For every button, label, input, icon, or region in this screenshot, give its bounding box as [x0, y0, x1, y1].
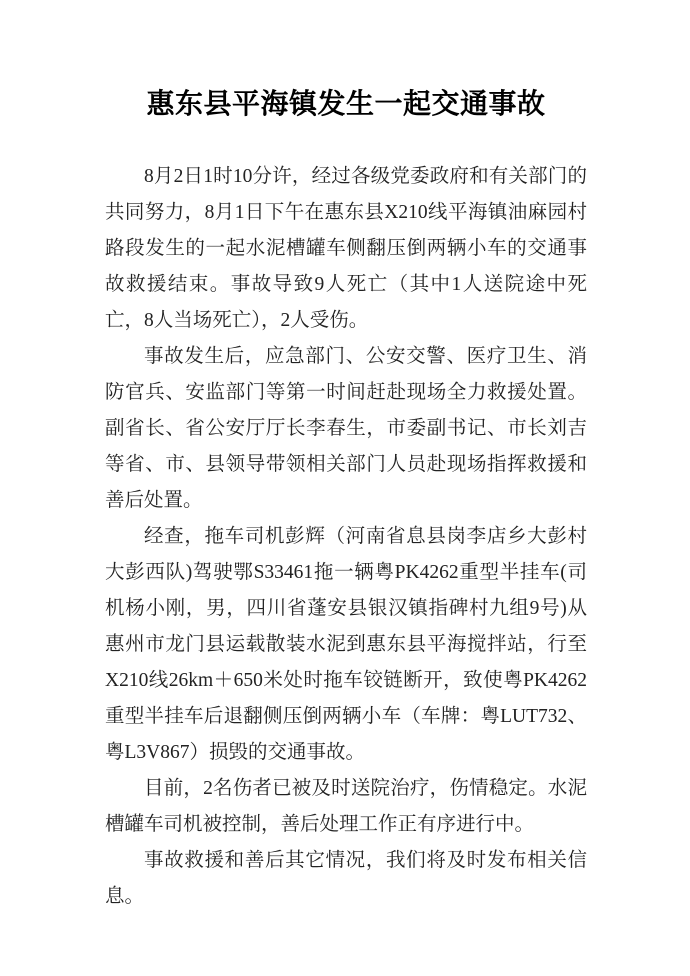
document-body: 8月2日1时10分许，经过各级党委政府和有关部门的共同努力，8月1日下午在惠东县… — [105, 159, 587, 915]
paragraph-rescue-response: 事故发生后，应急部门、公安交警、医疗卫生、消防官兵、安监部门等第一时间赶赴现场全… — [105, 339, 587, 519]
paragraph-current-status: 目前，2名伤者已被及时送院治疗，伤情稳定。水泥槽罐车司机被控制，善后处理工作正有… — [105, 771, 587, 843]
document-page: 惠东县平海镇发生一起交通事故 8月2日1时10分许，经过各级党委政府和有关部门的… — [0, 0, 690, 976]
paragraph-followup-notice: 事故救援和善后其它情况，我们将及时发布相关信息。 — [105, 843, 587, 915]
paragraph-investigation-details: 经查，拖车司机彭辉（河南省息县岗李店乡大彭村大彭西队)驾驶鄂S33461拖一辆粤… — [105, 519, 587, 771]
paragraph-accident-summary: 8月2日1时10分许，经过各级党委政府和有关部门的共同努力，8月1日下午在惠东县… — [105, 159, 587, 339]
document-title: 惠东县平海镇发生一起交通事故 — [105, 88, 587, 122]
